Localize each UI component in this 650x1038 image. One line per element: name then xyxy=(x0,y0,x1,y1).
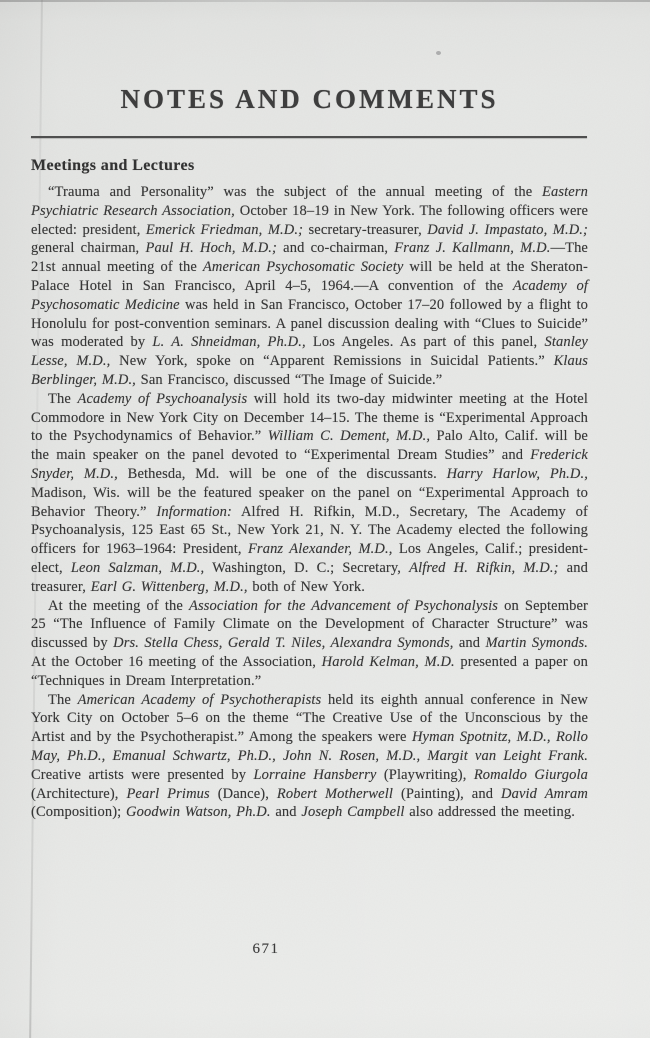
text-run: The xyxy=(48,692,78,708)
italic-text-run: Goodwin Watson, Ph.D. xyxy=(126,804,271,820)
italic-text-run: Leon Salzman, M.D., xyxy=(71,560,204,576)
italic-text-run: Lorraine Hansberry xyxy=(253,767,376,783)
text-run: also addressed the meeting. xyxy=(405,804,575,820)
italic-text-run: Earl G. Wittenberg, M.D., xyxy=(91,579,248,595)
text-run: Washington, D. C.; Secretary, xyxy=(204,560,409,576)
text-run: Bethesda, Md. will be one of the discuss… xyxy=(118,466,447,482)
italic-text-run: Joseph Campbell xyxy=(301,804,404,820)
italic-text-run: Martin Symonds. xyxy=(485,635,588,651)
text-run: New York, spoke on “Apparent Remissions … xyxy=(110,353,553,369)
scan-speck xyxy=(436,51,441,55)
text-run: (Dance), xyxy=(210,786,277,802)
italic-text-run: David Amram xyxy=(501,786,588,802)
italic-text-run: Harold Kelman, M.D. xyxy=(322,654,455,670)
text-run: and xyxy=(453,635,485,651)
article-body: “Trauma and Personality” was the subject… xyxy=(31,183,588,822)
text-run: general chairman, xyxy=(31,240,145,256)
italic-text-run: Information: xyxy=(156,504,232,520)
paragraph: The Academy of Psychoanalysis will hold … xyxy=(31,390,588,597)
italic-text-run: Academy of Psychoanalysis xyxy=(77,391,247,407)
text-run: At the meeting of the xyxy=(48,598,189,614)
text-run: and co-chairman, xyxy=(277,240,394,256)
italic-text-run: Romaldo Giurgola xyxy=(474,767,588,783)
text-run: “Trauma and Personality” was the subject… xyxy=(48,184,542,200)
italic-text-run: L. A. Shneidman, Ph.D., xyxy=(152,334,305,350)
italic-text-run: Franz Alexander, M.D., xyxy=(248,541,393,557)
text-run: Creative artists were presented by xyxy=(31,767,253,783)
italic-text-run: Harry Harlow, Ph.D., xyxy=(447,466,588,482)
page-number: 671 xyxy=(253,941,280,958)
paragraph: At the meeting of the Association for th… xyxy=(31,597,588,691)
text-run: (Painting), and xyxy=(393,786,501,802)
italic-text-run: American Academy of Psychotherapists xyxy=(78,692,322,708)
italic-text-run: Association for the Advancement of Psych… xyxy=(189,598,498,614)
text-run: San Francisco, discussed “The Image of S… xyxy=(136,372,442,388)
italic-text-run: Paul H. Hoch, M.D.; xyxy=(145,240,277,256)
italic-text-run: Pearl Primus xyxy=(126,786,209,802)
text-run: The xyxy=(48,391,77,407)
journal-page: NOTES AND COMMENTS Meetings and Lectures… xyxy=(0,0,650,1038)
text-run: (Architecture), xyxy=(31,786,126,802)
text-run: (Playwriting), xyxy=(376,767,473,783)
text-run: both of New York. xyxy=(248,579,365,595)
page-content: Meetings and Lectures “Trauma and Person… xyxy=(31,155,588,822)
text-run: Los Angeles. As part of this panel, xyxy=(306,334,545,350)
paragraph: The American Academy of Psychotherapists… xyxy=(31,691,588,823)
title-rule xyxy=(31,136,587,138)
page-title: NOTES AND COMMENTS xyxy=(31,84,588,115)
italic-text-run: Robert Motherwell xyxy=(277,786,393,802)
italic-text-run: Emerick Friedman, M.D.; xyxy=(146,222,303,238)
italic-text-run: Drs. Stella Chess, Gerald T. Niles, Alex… xyxy=(113,635,453,651)
text-run: secretary-treasurer, xyxy=(303,222,427,238)
text-run: At the October 16 meeting of the Associa… xyxy=(31,654,322,670)
italic-text-run: David J. Impastato, M.D.; xyxy=(427,222,588,238)
paragraph: “Trauma and Personality” was the subject… xyxy=(31,183,588,390)
italic-text-run: Alfred H. Rifkin, M.D.; xyxy=(409,560,558,576)
italic-text-run: William C. Dement, M.D., xyxy=(268,428,430,444)
italic-text-run: American Psychosomatic Society xyxy=(203,259,404,275)
section-heading: Meetings and Lectures xyxy=(31,155,588,176)
text-run: (Composition); xyxy=(31,804,126,820)
italic-text-run: Franz J. Kallmann, M.D. xyxy=(394,240,550,256)
text-run: and xyxy=(271,804,302,820)
